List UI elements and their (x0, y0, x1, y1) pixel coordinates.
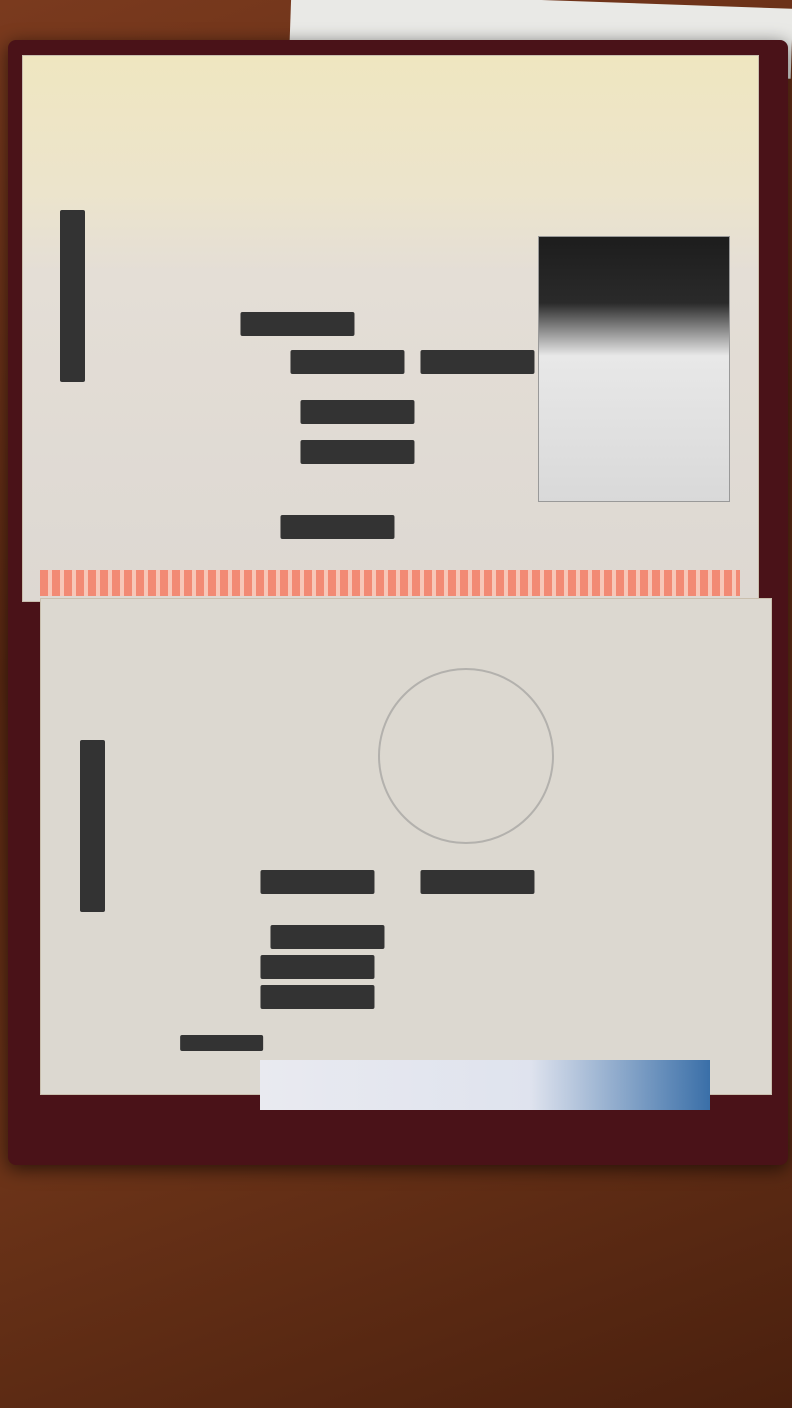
field-issued-by-1: [redacted] (260, 985, 374, 1009)
field-issued-by-2: [redacted] (260, 955, 374, 979)
serial-bottom: [redacted] (80, 740, 105, 912)
security-stripe (40, 570, 740, 596)
field-birth-place: [redacted] (240, 312, 354, 336)
cards-tucked-in-cover (260, 1060, 710, 1110)
photo-placeholder (538, 236, 730, 502)
field-department-code: [redacted] (260, 870, 374, 894)
field-given-name: [redacted] (300, 440, 414, 464)
serial-top: [redacted] (60, 210, 85, 382)
field-surname: [redacted] (280, 515, 394, 539)
field-issue-date: [redacted] (420, 870, 534, 894)
signature-mark (528, 690, 738, 830)
field-issued-by-3: [redacted] (270, 925, 384, 949)
document-page-bottom (40, 598, 772, 1095)
country-header: [redacted] (180, 1035, 263, 1051)
field-birth-date: [redacted] (290, 350, 404, 374)
field-patronymic: [redacted] (300, 400, 414, 424)
field-sex: [redacted] (420, 350, 534, 374)
